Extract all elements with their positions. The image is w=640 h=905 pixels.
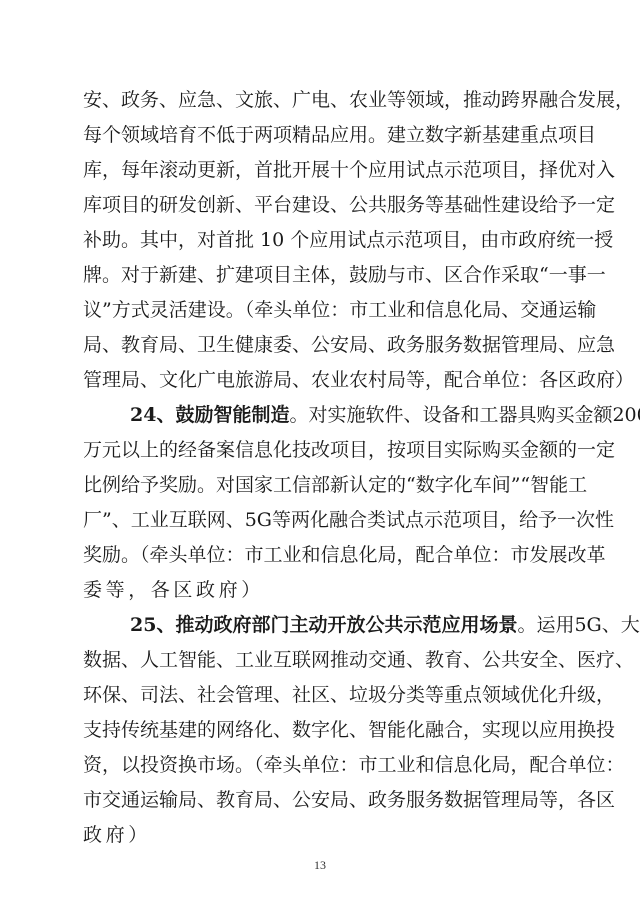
item-24-first-line: 24、鼓励智能制造。对实施软件、设备和工器具购买金额200	[130, 398, 559, 432]
text-line: 万元以上的经备案信息化技改项目，按项目实际购买金额的一定	[83, 433, 559, 467]
text-line: 局、教育局、卫生健康委、公安局、政务服务数据管理局、应急	[83, 328, 559, 362]
text-line: 环保、司法、社会管理、社区、垃圾分类等重点领域优化升级，	[83, 678, 559, 712]
item-25-intro: 。运用5G、大	[517, 614, 639, 636]
text-line: 议”方式灵活建设。（牵头单位：市工业和信息化局、交通运输	[83, 293, 559, 327]
document-page: 安、政务、应急、文旅、广电、农业等领域，推动跨界融合发展， 每个领域培育不低于两…	[0, 0, 640, 905]
text-line: 库，每年滚动更新，首批开展十个应用试点示范项目，择优对入	[83, 153, 559, 187]
text-line: 政府）	[83, 818, 559, 852]
page-number: 13	[0, 858, 640, 873]
item-24-heading: 24、鼓励智能制造	[130, 404, 289, 426]
text-line: 牌。对于新建、扩建项目主体，鼓励与市、区合作采取“一事一	[83, 258, 559, 292]
text-line: 资，以投资换市场。（牵头单位：市工业和信息化局，配合单位：	[83, 748, 559, 782]
text-line: 数据、人工智能、工业互联网推动交通、教育、公共安全、医疗、	[83, 643, 559, 677]
text-line: 每个领域培育不低于两项精品应用。建立数字新基建重点项目	[83, 118, 559, 152]
item-25-heading: 25、推动政府部门主动开放公共示范应用场景	[130, 614, 517, 636]
text-line: 管理局、文化广电旅游局、农业农村局等，配合单位：各区政府）	[83, 363, 559, 397]
text-line: 委等，各区政府）	[83, 573, 559, 607]
item-25-first-line: 25、推动政府部门主动开放公共示范应用场景。运用5G、大	[130, 608, 559, 642]
text-line: 市交通运输局、教育局、公安局、政务服务数据管理局等，各区	[83, 783, 559, 817]
text-line: 安、政务、应急、文旅、广电、农业等领域，推动跨界融合发展，	[83, 83, 559, 117]
text-line: 库项目的研发创新、平台建设、公共服务等基础性建设给予一定	[83, 188, 559, 222]
text-line: 比例给予奖励。对国家工信部新认定的“数字化车间”“智能工	[83, 468, 559, 502]
text-line: 奖励。（牵头单位：市工业和信息化局，配合单位：市发展改革	[83, 538, 559, 572]
text-line: 补助。其中，对首批 10 个应用试点示范项目，由市政府统一授	[83, 223, 559, 257]
text-line: 厂”、工业互联网、5G等两化融合类试点示范项目，给予一次性	[83, 503, 559, 537]
text-line: 支持传统基建的网络化、数字化、智能化融合，实现以应用换投	[83, 713, 559, 747]
item-24-intro: 。对实施软件、设备和工器具购买金额200	[289, 404, 640, 426]
